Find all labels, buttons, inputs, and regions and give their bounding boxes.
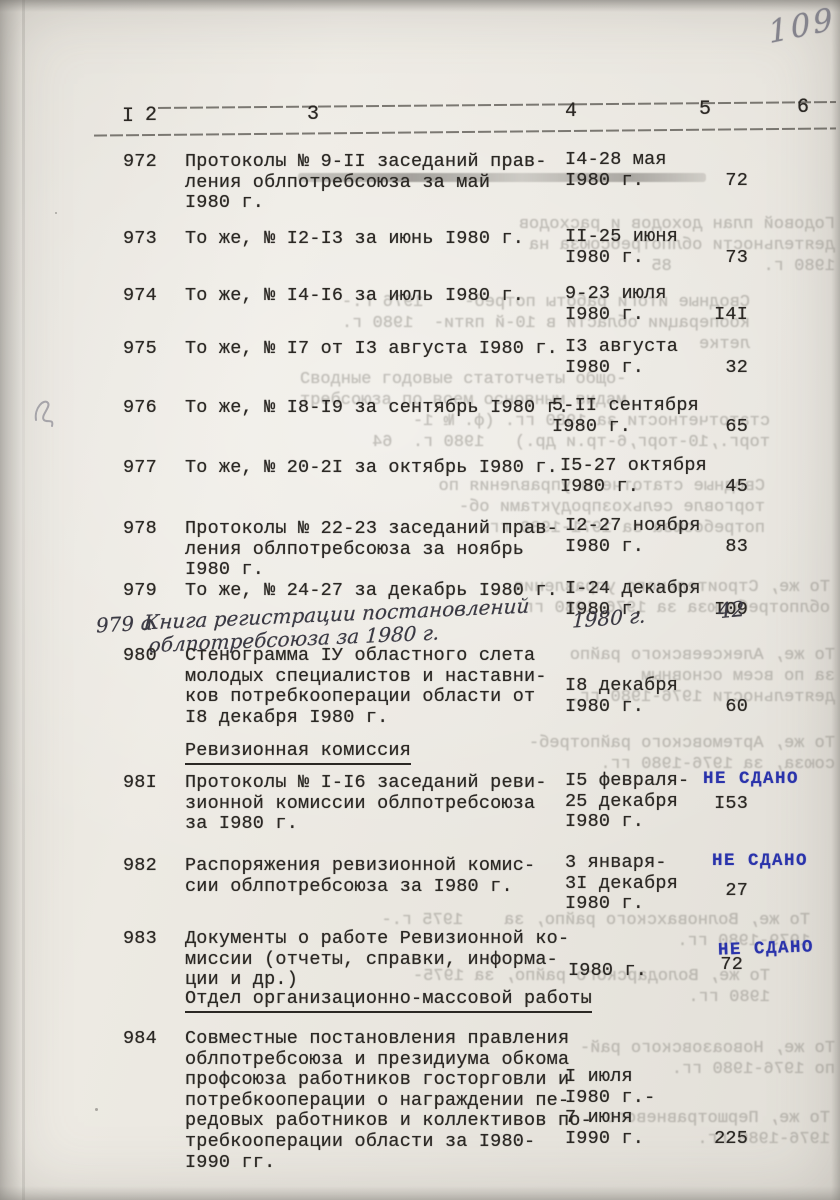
entry-dates: I980 г.	[568, 961, 647, 982]
page-edge	[0, 1186, 840, 1200]
entry-sheet-count: I4I	[690, 305, 748, 326]
entry-dates: I8 декабря I980 г.	[565, 676, 678, 717]
entry-sheet-count: 72	[690, 171, 748, 192]
entry-number: 982	[123, 856, 157, 877]
entry-sheet-count: 65	[690, 417, 748, 438]
paper-crease	[22, 0, 25, 1200]
entry-sheet-count: 45	[690, 477, 748, 498]
entry-dates: I2-27 ноября I980 г.	[565, 516, 701, 557]
entry-description: Протоколы № 22-23 заседаний прав- ления …	[185, 519, 558, 581]
not-submitted-stamp: НЕ СДАНО	[703, 769, 799, 789]
entry-sheet-count: 60	[690, 697, 748, 718]
entry-number: 98I	[123, 773, 157, 794]
not-submitted-stamp: НЕ СДАНО	[712, 851, 808, 871]
entry-description: То же, № 20-2I за октябрь I980 г.	[185, 458, 558, 479]
entry-description: Распоряжения ревизионной комис- сии облп…	[185, 856, 535, 897]
entry-number: 975	[123, 339, 157, 360]
column-header: 4	[565, 102, 577, 123]
entry-number: 979	[123, 581, 157, 602]
entry-dates: 3 января- 3I декабря I980 г.	[565, 853, 678, 915]
entry-number: 973	[123, 229, 157, 250]
entry-description: Протоколы № I-I6 заседаний реви- зионной…	[185, 773, 547, 835]
entry-sheet-count: 225	[690, 1129, 748, 1150]
entry-dates: I3 августа I980 г.	[565, 337, 678, 378]
page-edge	[0, 0, 840, 12]
paper-speck	[55, 212, 57, 214]
entry-sheet-count: 27	[690, 881, 748, 902]
entry-description: То же, № I7 от I3 августа I980 г.	[185, 339, 558, 360]
entry-dates: I5 февраля- 25 декабря I980 г.	[565, 771, 689, 833]
entry-number: 974	[123, 286, 157, 307]
column-header: 6	[797, 98, 809, 119]
entry-number: 983	[123, 929, 157, 950]
paper-speck	[95, 1108, 98, 1111]
entry-number: 980	[123, 646, 157, 667]
margin-pencil-mark	[28, 386, 64, 436]
page-edge	[831, 0, 840, 1200]
column-header: 5	[699, 100, 711, 121]
entry-sheet-count: 72	[685, 955, 743, 976]
header-rule	[158, 101, 836, 109]
entry-number: 972	[123, 152, 157, 173]
entry-dates: 1980 г.	[572, 604, 646, 632]
page-number: 109	[767, 1, 837, 51]
entry-description: Документы о работе Ревизионной ко- мисси…	[185, 929, 569, 991]
entry-dates: 5-II сентября I980 г.	[552, 396, 699, 437]
entry-sheet-count: 83	[690, 537, 748, 558]
entry-description: То же, № I4-I6 за июль I980 г.	[185, 286, 524, 307]
page-edge	[0, 0, 22, 1200]
column-header: I	[122, 107, 134, 128]
column-header: 3	[307, 105, 319, 126]
entry-sheet-count: 32	[690, 358, 748, 379]
entry-description: То же, № I8-I9 за сентябрь I980 г.	[185, 398, 569, 419]
entry-description: Протоколы № 9-II заседаний прав- ления о…	[185, 152, 547, 214]
entry-number: 976	[123, 398, 157, 419]
entry-dates: I5-27 октября I980 г.	[560, 456, 707, 497]
entry-dates: 9-23 июля I980 г.	[565, 284, 667, 325]
entry-number: 978	[123, 519, 157, 540]
column-header: 2	[145, 106, 157, 127]
entry-sheet-count: 73	[690, 248, 748, 269]
entry-sheet-count: I53	[690, 794, 748, 815]
entry-number: 977	[123, 458, 157, 479]
section-heading: Отдел организационно-массовой работы	[185, 989, 592, 1013]
entry-sheet-count: 42	[717, 598, 746, 623]
entry-dates: I4-28 мая I980 г.	[565, 150, 667, 191]
scanned-archive-inventory-page: 109 I 2 3 4 5 6 Годовой план доходов и р…	[0, 0, 840, 1200]
header-rule	[94, 127, 836, 136]
entry-description: Совместные постановления правления облпо…	[185, 1029, 592, 1173]
entry-dates: II-25 июня I980 г.	[565, 227, 678, 268]
entry-dates: I июля I980 г.- 7 июня I990 г.	[565, 1067, 655, 1149]
entry-number: 984	[123, 1029, 157, 1050]
entry-description: Стенограмма IУ областного слета молодых …	[185, 646, 547, 728]
entry-description: То же, № I2-I3 за июнь I980 г.	[185, 229, 524, 250]
section-heading: Ревизионная комиссия	[185, 741, 411, 765]
